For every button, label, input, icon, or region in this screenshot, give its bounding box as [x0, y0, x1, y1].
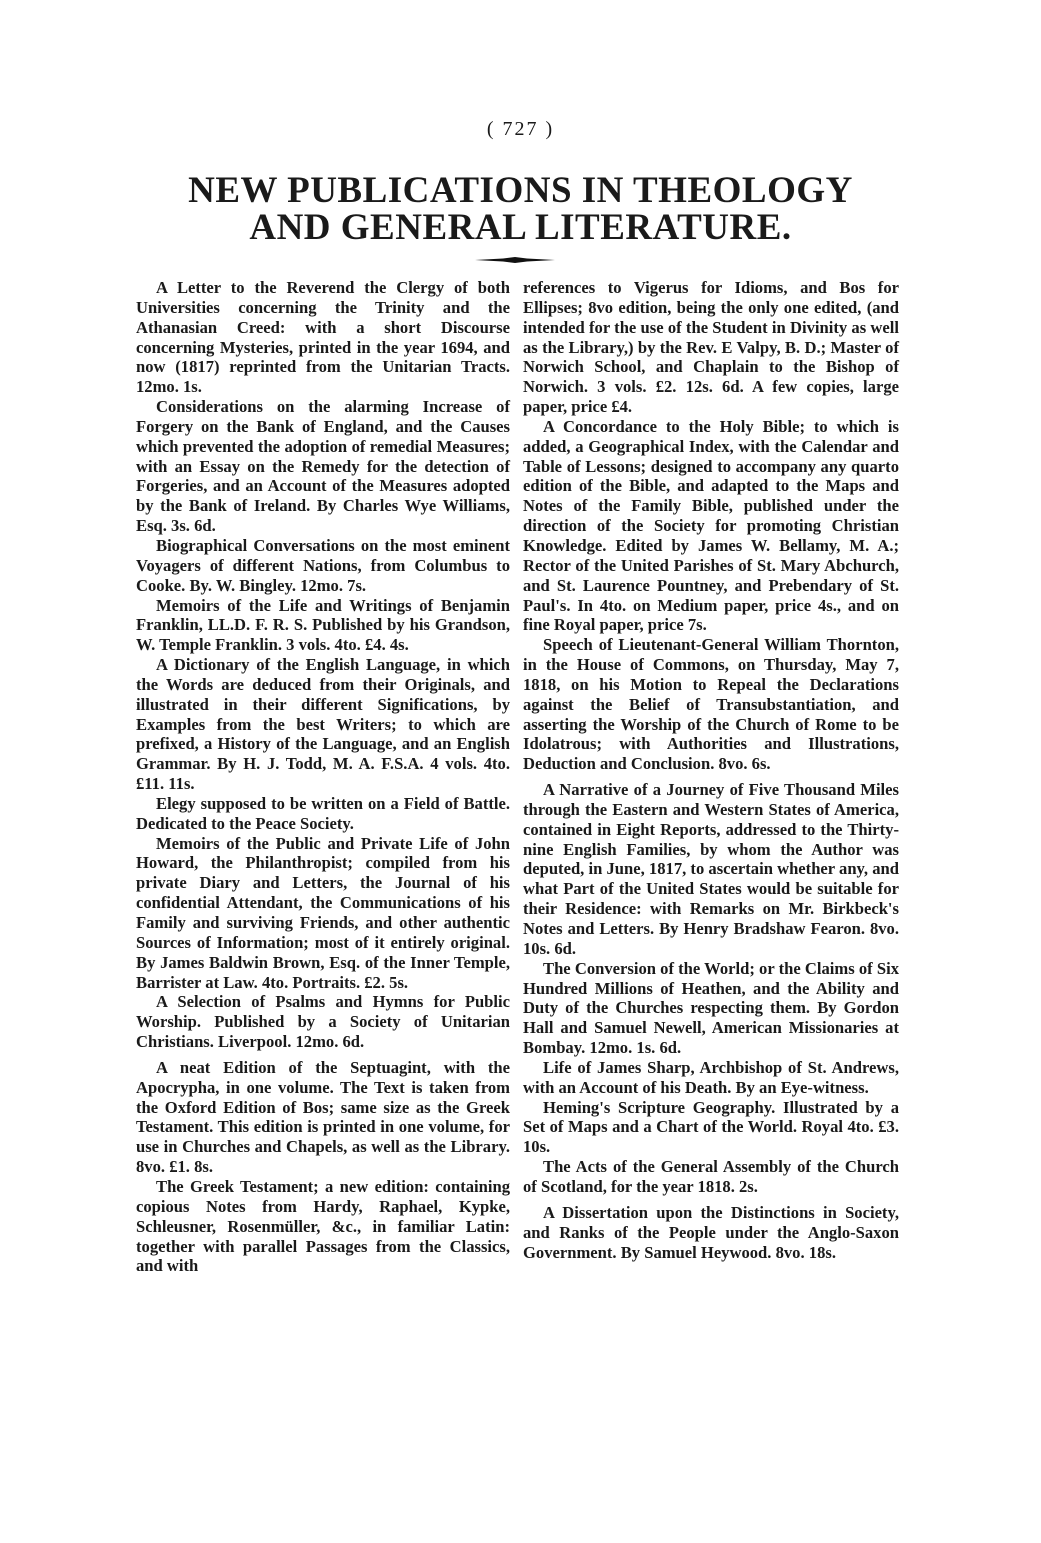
listing-entry: Life of James Sharp, Archbishop of St. A… [523, 1058, 899, 1098]
listing-entry: A Dictionary of the English Language, in… [136, 655, 510, 794]
listing-entry: The Acts of the General Assembly of the … [523, 1157, 899, 1197]
listing-entry: Memoirs of the Life and Writings of Benj… [136, 596, 510, 656]
listing-entry: Speech of Lieutenant-General William Tho… [523, 635, 899, 774]
left-column: A Letter to the Reverend the Clergy of b… [136, 278, 510, 1276]
listing-entry: A Narrative of a Journey of Five Thousan… [523, 780, 899, 959]
listing-entry: Biographical Conversations on the most e… [136, 536, 510, 596]
page-number: ( 727 ) [0, 118, 1041, 141]
listing-entry: Considerations on the alarming Increase … [136, 397, 510, 536]
title-line-1: NEW PUBLICATIONS IN THEOLOGY [188, 170, 853, 211]
title-line-2: AND GENERAL LITERATURE. [249, 207, 791, 248]
divider-ornament-icon [475, 257, 555, 263]
listing-entry-continuation: references to Vigerus for Idioms, and Bo… [523, 278, 899, 417]
listing-entry: A neat Edition of the Septuagint, with t… [136, 1058, 510, 1177]
listing-entry: The Greek Testament; a new edition: cont… [136, 1177, 510, 1276]
listing-entry: The Conversion of the World; or the Clai… [523, 959, 899, 1058]
listing-entry: A Letter to the Reverend the Clergy of b… [136, 278, 510, 397]
page-title: NEW PUBLICATIONS IN THEOLOGY AND GENERAL… [0, 172, 1041, 246]
listing-entry: A Dissertation upon the Distinctions in … [523, 1203, 899, 1263]
listing-entry: Heming's Scripture Geography. Illustrate… [523, 1098, 899, 1158]
listing-entry: A Selection of Psalms and Hymns for Publ… [136, 992, 510, 1052]
listing-entry: Memoirs of the Public and Private Life o… [136, 834, 510, 993]
listing-entry: A Concordance to the Holy Bible; to whic… [523, 417, 899, 635]
listing-entry: Elegy supposed to be written on a Field … [136, 794, 510, 834]
right-column: references to Vigerus for Idioms, and Bo… [523, 278, 899, 1262]
